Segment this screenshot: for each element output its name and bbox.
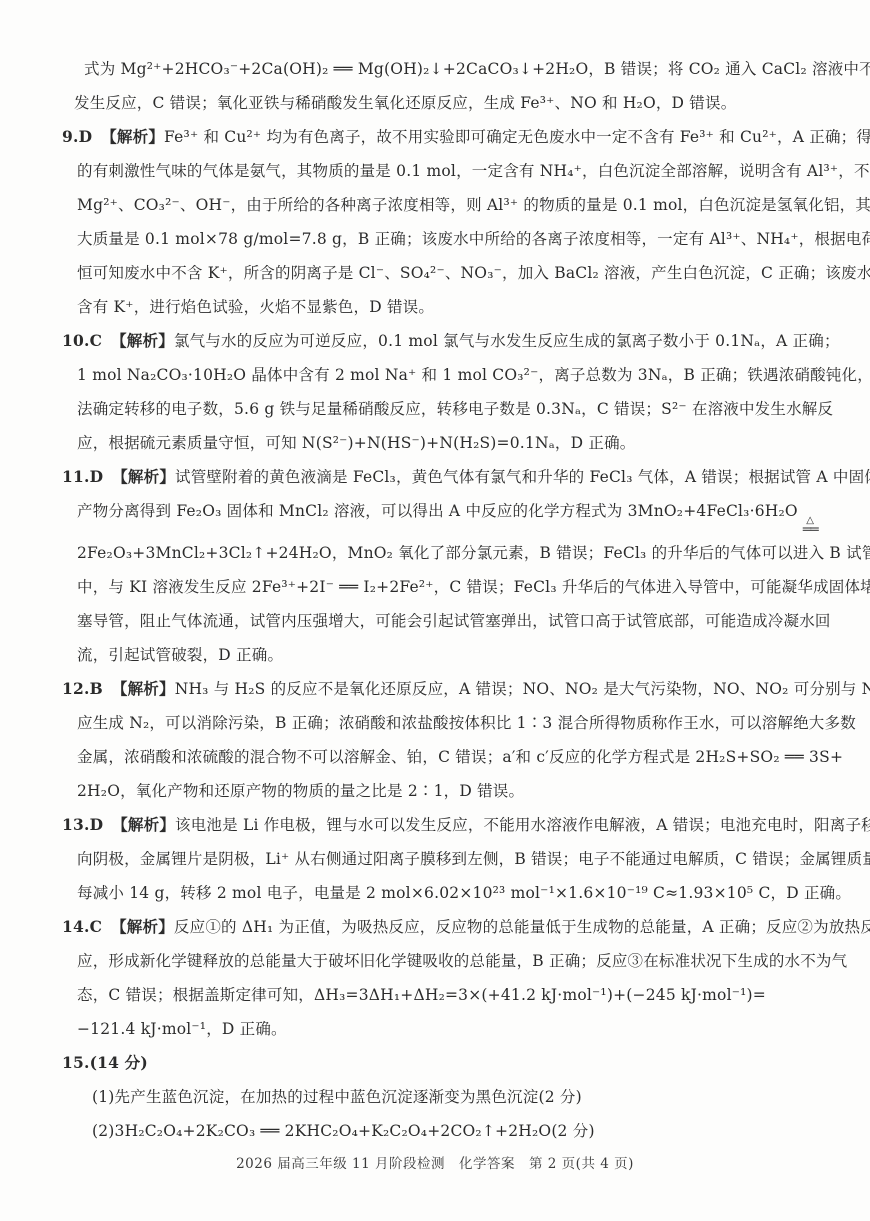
- answer-text: 该电池是 Li 作电极，锂与水可以发生反应，不能用水溶液作电解液，A 错误；电池…: [175, 816, 870, 834]
- page-footer: 2026 届高三年级 11 月阶段检测 化学答案 第 2 页(共 4 页): [0, 1152, 870, 1172]
- analysis-label: 【解析】: [112, 679, 175, 698]
- answer-line: 发生反应，C 错误；氧化亚铁与稀硝酸发生氧化还原反应，生成 Fe³⁺、NO 和 …: [62, 86, 814, 120]
- answer-text: 试管壁附着的黄色液滴是 FeCl₃，黄色气体有氯气和升华的 FeCl₃ 气体，A…: [175, 468, 870, 486]
- analysis-label: 【解析】: [111, 331, 174, 350]
- answer-item-13: 13.D【解析】该电池是 Li 作电极，锂与水可以发生反应，不能用水溶液作电解液…: [62, 808, 814, 910]
- answer-item-14: 14.C【解析】反应①的 ΔH₁ 为正值，为吸热反应，反应物的总能量低于生成物的…: [62, 910, 814, 1046]
- answer-line: 恒可知废水中不含 K⁺，所含的阴离子是 Cl⁻、SO₄²⁻、NO₃⁻，加入 Ba…: [62, 256, 814, 290]
- answer-text: 产物分离得到 Fe₂O₃ 固体和 MnCl₂ 溶液，可以得出 A 中反应的化学方…: [77, 502, 798, 520]
- answer-line: 中，与 KI 溶液发生反应 2Fe³⁺+2I⁻ ══ I₂+2Fe²⁺，C 错误…: [62, 570, 814, 604]
- answer-line: (2)3H₂C₂O₄+2K₂CO₃ ══ 2KHC₂O₄+K₂C₂O₄+2CO₂…: [62, 1114, 814, 1148]
- analysis-label: 【解析】: [101, 127, 164, 146]
- answer-line: 向阴极，金属锂片是阴极，Li⁺ 从右侧通过阳离子膜移到左侧，B 错误；电子不能通…: [62, 842, 814, 876]
- answer-line: 应，形成新化学键释放的总能量大于破坏旧化学键吸收的总能量，B 正确；反应③在标准…: [62, 944, 814, 978]
- answer-line: 14.C【解析】反应①的 ΔH₁ 为正值，为吸热反应，反应物的总能量低于生成物的…: [62, 910, 814, 944]
- answer-line: −121.4 kJ·mol⁻¹，D 正确。: [62, 1012, 814, 1046]
- question-number: 14.C: [62, 917, 102, 936]
- answer-line: 2H₂O，氧化产物和还原产物的物质的量之比是 2∶1，D 错误。: [62, 774, 814, 808]
- answer-line: 金属，浓硝酸和浓硫酸的混合物不可以溶解金、铂，C 错误；a′和 c′反应的化学方…: [62, 740, 814, 774]
- analysis-label: 【解析】: [111, 917, 174, 936]
- question-number: 10.C: [62, 331, 102, 350]
- analysis-label: 【解析】: [112, 467, 175, 486]
- answer-item-9: 9.D【解析】Fe³⁺ 和 Cu²⁺ 均为有色离子，故不用实验即可确定无色废水中…: [62, 120, 814, 324]
- answer-line: 10.C【解析】氯气与水的反应为可逆反应，0.1 mol 氯气与水发生反应生成的…: [62, 324, 814, 358]
- answer-line: Mg²⁺、CO₃²⁻、OH⁻，由于所给的各种离子浓度相等，则 Al³⁺ 的物质的…: [62, 188, 814, 222]
- answer-line: 每减小 14 g，转移 2 mol 电子，电量是 2 mol×6.02×10²³…: [62, 876, 814, 910]
- answer-sheet-page: 式为 Mg²⁺+2HCO₃⁻+2Ca(OH)₂ ══ Mg(OH)₂↓+2CaC…: [0, 0, 870, 1221]
- answer-line: 态，C 错误；根据盖斯定律可知，ΔH₃=3ΔH₁+ΔH₂=3×(+41.2 kJ…: [62, 978, 814, 1012]
- answer-line: 2Fe₂O₃+3MnCl₂+3Cl₂↑+24H₂O，MnO₂ 氧化了部分氯元素，…: [62, 536, 814, 570]
- answer-line: 应生成 N₂，可以消除污染，B 正确；浓硝酸和浓盐酸按体积比 1∶3 混合所得物…: [62, 706, 814, 740]
- question-number: 12.B: [62, 679, 103, 698]
- question-number: 11.D: [62, 467, 103, 486]
- question-number: 15.(14 分): [62, 1053, 148, 1072]
- answer-line: 式为 Mg²⁺+2HCO₃⁻+2Ca(OH)₂ ══ Mg(OH)₂↓+2CaC…: [62, 52, 814, 86]
- answer-item-12: 12.B【解析】NH₃ 与 H₂S 的反应不是氧化还原反应，A 错误；NO、NO…: [62, 672, 814, 808]
- question-number: 13.D: [62, 815, 103, 834]
- analysis-label: 【解析】: [112, 815, 175, 834]
- answer-line: 大质量是 0.1 mol×78 g/mol=7.8 g，B 正确；该废水中所给的…: [62, 222, 814, 256]
- double-bond-bar: ══: [803, 525, 818, 536]
- question-number: 9.D: [62, 127, 92, 146]
- answer-item-10: 10.C【解析】氯气与水的反应为可逆反应，0.1 mol 氯气与水发生反应生成的…: [62, 324, 814, 460]
- answer-line: 流，引起试管破裂，D 正确。: [62, 638, 814, 672]
- answer-line: 的有刺激性气味的气体是氨气，其物质的量是 0.1 mol，一定含有 NH₄⁺，白…: [62, 154, 814, 188]
- answer-line: 12.B【解析】NH₃ 与 H₂S 的反应不是氧化还原反应，A 错误；NO、NO…: [62, 672, 814, 706]
- answer-item-11: 11.D【解析】试管壁附着的黄色液滴是 FeCl₃，黄色气体有氯气和升华的 Fe…: [62, 460, 814, 672]
- answer-line: 法确定转移的电子数，5.6 g 铁与足量稀硝酸反应，转移电子数是 0.3Nₐ，C…: [62, 392, 814, 426]
- answer-line: 应，根据硫元素质量守恒，可知 N(S²⁻)+N(HS⁻)+N(H₂S)=0.1N…: [62, 426, 814, 460]
- answer-line: 塞导管，阻止气体流通，试管内压强增大，可能会引起试管塞弹出，试管口高于试管底部，…: [62, 604, 814, 638]
- answer-text: NH₃ 与 H₂S 的反应不是氧化还原反应，A 错误；NO、NO₂ 是大气污染物…: [175, 680, 870, 698]
- answer-line: 产物分离得到 Fe₂O₃ 固体和 MnCl₂ 溶液，可以得出 A 中反应的化学方…: [62, 494, 814, 536]
- answer-line: 1 mol Na₂CO₃·10H₂O 晶体中含有 2 mol Na⁺ 和 1 m…: [62, 358, 814, 392]
- answer-line: 15.(14 分): [62, 1046, 814, 1080]
- answer-line: (1)先产生蓝色沉淀，在加热的过程中蓝色沉淀逐渐变为黑色沉淀(2 分): [62, 1080, 814, 1114]
- answer-line: 11.D【解析】试管壁附着的黄色液滴是 FeCl₃，黄色气体有氯气和升华的 Fe…: [62, 460, 814, 494]
- answer-text: 氯气与水的反应为可逆反应，0.1 mol 氯气与水发生反应生成的氯离子数小于 0…: [174, 332, 840, 350]
- answer-item-8-continuation: 式为 Mg²⁺+2HCO₃⁻+2Ca(OH)₂ ══ Mg(OH)₂↓+2CaC…: [62, 52, 814, 120]
- answer-text: Fe³⁺ 和 Cu²⁺ 均为有色离子，故不用实验即可确定无色废水中一定不含有 F…: [164, 128, 870, 146]
- answer-text: 反应①的 ΔH₁ 为正值，为吸热反应，反应物的总能量低于生成物的总能量，A 正确…: [174, 918, 870, 936]
- answer-line: 13.D【解析】该电池是 Li 作电极，锂与水可以发生反应，不能用水溶液作电解液…: [62, 808, 814, 842]
- answer-line: 含有 K⁺，进行焰色试验，火焰不显紫色，D 错误。: [62, 290, 814, 324]
- answer-line: 9.D【解析】Fe³⁺ 和 Cu²⁺ 均为有色离子，故不用实验即可确定无色废水中…: [62, 120, 814, 154]
- answer-item-15: 15.(14 分) (1)先产生蓝色沉淀，在加热的过程中蓝色沉淀逐渐变为黑色沉淀…: [62, 1046, 814, 1148]
- triangle-condition-equals-icon: △══: [803, 516, 818, 536]
